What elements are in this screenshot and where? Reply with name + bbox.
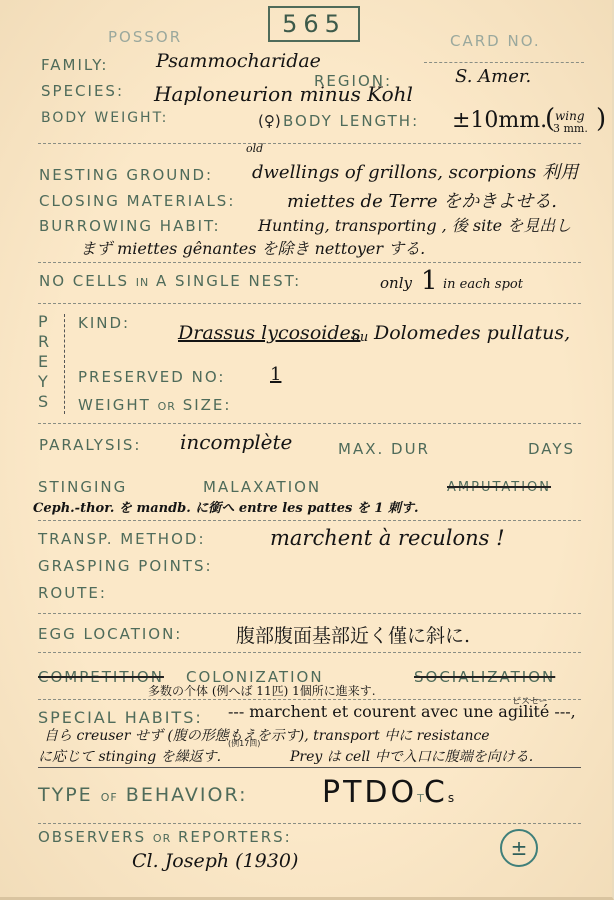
card-no-label: CARD NO. bbox=[450, 32, 541, 50]
observers-label-b: REPORTERS: bbox=[178, 828, 292, 846]
type-of-behavior-value: PTDOTCs bbox=[322, 775, 454, 810]
preserved-no-value: 1 bbox=[270, 364, 281, 385]
weight-label: WEIGHT bbox=[78, 396, 151, 414]
behavior-code-end: C bbox=[424, 775, 448, 810]
closing-materials-label: CLOSING MATERIALS: bbox=[39, 192, 235, 210]
closing-materials-value: miettes de Terre をかきよせる. bbox=[287, 187, 557, 213]
divider bbox=[38, 823, 581, 824]
stinging-label: STINGING bbox=[38, 478, 127, 496]
type-of-behavior-label: TYPE OF BEHAVIOR: bbox=[38, 784, 247, 806]
transp-method-value: marchent à reculons ! bbox=[270, 526, 505, 550]
divider bbox=[38, 767, 581, 768]
preys-letter-p: P bbox=[38, 312, 48, 331]
species-label: SPECIES: bbox=[41, 82, 124, 100]
paralysis-value: incomplète bbox=[180, 430, 292, 454]
divider bbox=[38, 262, 581, 263]
observers-label-a: OBSERVERS bbox=[38, 828, 146, 846]
type-label: TYPE bbox=[38, 784, 93, 806]
prey-kind-or: ou bbox=[352, 330, 368, 345]
preys-letter-s: S bbox=[38, 392, 48, 411]
species-value: Haploneurion minus Kohl bbox=[154, 82, 413, 106]
divider bbox=[38, 613, 581, 614]
days-label: DAYS bbox=[528, 440, 575, 458]
special-habits-line-3-ruby: (例17回) bbox=[228, 738, 260, 749]
no-cells-value-post: in each spot bbox=[443, 277, 523, 292]
nesting-annotation: old bbox=[246, 142, 263, 155]
egg-location-label: EGG LOCATION: bbox=[38, 625, 182, 643]
region-value: S. Amer. bbox=[455, 66, 531, 87]
size-label: SIZE: bbox=[183, 396, 232, 414]
special-habits-line-3b: Prey は cell 中で入口に腹端を向ける. bbox=[290, 746, 533, 766]
nesting-ground-value: dwellings of grillons, scorpions 利用 bbox=[252, 158, 578, 184]
grasping-points-label: GRASPING POINTS: bbox=[38, 557, 213, 575]
behavior-code-end-sub: s bbox=[448, 791, 454, 805]
special-habits-line-2: 自ら creuser せず (腹の形態もえを示す), transport 中に … bbox=[44, 725, 490, 745]
wing-value: 3 mm. bbox=[553, 122, 588, 135]
preys-letter-r: R bbox=[38, 332, 49, 351]
socialization-label: SOCIALIZATION bbox=[414, 668, 555, 686]
card-no-line bbox=[424, 62, 584, 63]
body-length-label: BODY LENGTH: bbox=[283, 112, 419, 130]
body-length-value: ±10mm. bbox=[452, 108, 547, 133]
preys-bracket bbox=[64, 314, 65, 414]
prey-kind-value-b: Dolomedes pullatus, bbox=[374, 322, 570, 344]
behavior-code-sub: T bbox=[417, 792, 424, 805]
body-length-sex: (♀) bbox=[258, 112, 281, 130]
divider bbox=[38, 652, 581, 653]
header-label: POSSOR bbox=[108, 28, 182, 46]
no-cells-value-pre: only bbox=[380, 274, 412, 292]
behavior-code: PTDO bbox=[322, 775, 417, 810]
no-cells-label-b: A SINGLE NEST: bbox=[156, 272, 301, 290]
paralysis-label: PARALYSIS: bbox=[39, 436, 141, 454]
burrowing-habit-label: BURROWING HABIT: bbox=[39, 217, 221, 235]
weight-size-label: WEIGHT OR SIZE: bbox=[78, 396, 231, 414]
body-weight-label: BODY WEIGHT: bbox=[41, 110, 168, 126]
divider bbox=[38, 423, 581, 424]
prey-kind-label: KIND: bbox=[78, 314, 130, 332]
max-dur-label: MAX. DUR bbox=[338, 440, 430, 458]
behavior-label: BEHAVIOR: bbox=[126, 784, 248, 806]
amputation-label: AMPUTATION bbox=[447, 480, 551, 495]
stinging-note: Ceph.-thor. を mandb. に銜へ entre les patte… bbox=[33, 497, 419, 516]
colonization-note: 多数の个体 (例へば 11匹) 1個所に進来す. bbox=[148, 682, 376, 699]
no-cells-label-in: IN bbox=[136, 276, 149, 289]
special-habits-line-3a: に応じて stinging を繰返す. bbox=[38, 746, 221, 766]
no-cells-label-a: NO CELLS bbox=[39, 272, 129, 290]
route-label: ROUTE: bbox=[38, 584, 107, 602]
preys-letter-y: Y bbox=[38, 372, 48, 391]
or-label: OR bbox=[158, 400, 176, 413]
malaxation-label: MALAXATION bbox=[203, 478, 321, 496]
specimen-card: POSSOR 565 CARD NO. FAMILY: Psammocharid… bbox=[0, 0, 614, 900]
special-habits-line-1: --- marchent et courent avec une agilité… bbox=[228, 702, 576, 721]
egg-location-value: 腹部腹面基部近く僅に斜に. bbox=[236, 621, 470, 648]
stamp-plus-minus-icon: ± bbox=[500, 829, 538, 867]
card-number: 565 bbox=[268, 6, 360, 42]
no-cells-label: NO CELLS IN A SINGLE NEST: bbox=[39, 272, 301, 290]
preserved-no-label: PRESERVED NO: bbox=[78, 368, 225, 386]
burrowing-habit-value-1: Hunting, transporting , 後 site を見出し bbox=[258, 213, 571, 236]
family-value: Psammocharidae bbox=[156, 50, 321, 72]
prey-kind-value-a: Drassus lycosoides bbox=[178, 322, 361, 344]
of-label: OF bbox=[101, 791, 118, 804]
observers-label: OBSERVERS OR REPORTERS: bbox=[38, 828, 292, 846]
nesting-ground-label: NESTING GROUND: bbox=[39, 166, 213, 184]
paren-close: ) bbox=[596, 104, 606, 134]
burrowing-habit-value-2: まず miettes gênantes を除き nettoyer する. bbox=[80, 236, 425, 259]
divider bbox=[38, 520, 581, 521]
divider bbox=[38, 699, 581, 700]
preys-letter-e: E bbox=[38, 352, 48, 371]
family-label: FAMILY: bbox=[41, 56, 108, 74]
wing-label: wing bbox=[555, 109, 585, 123]
divider bbox=[38, 303, 581, 304]
transp-method-label: TRANSP. METHOD: bbox=[38, 530, 206, 548]
competition-label: COMPETITION bbox=[38, 668, 164, 686]
observers-value: Cl. Joseph (1930) bbox=[132, 850, 298, 872]
no-cells-value-num: 1 bbox=[421, 266, 438, 296]
divider bbox=[38, 143, 581, 144]
observers-label-or: OR bbox=[153, 832, 171, 845]
